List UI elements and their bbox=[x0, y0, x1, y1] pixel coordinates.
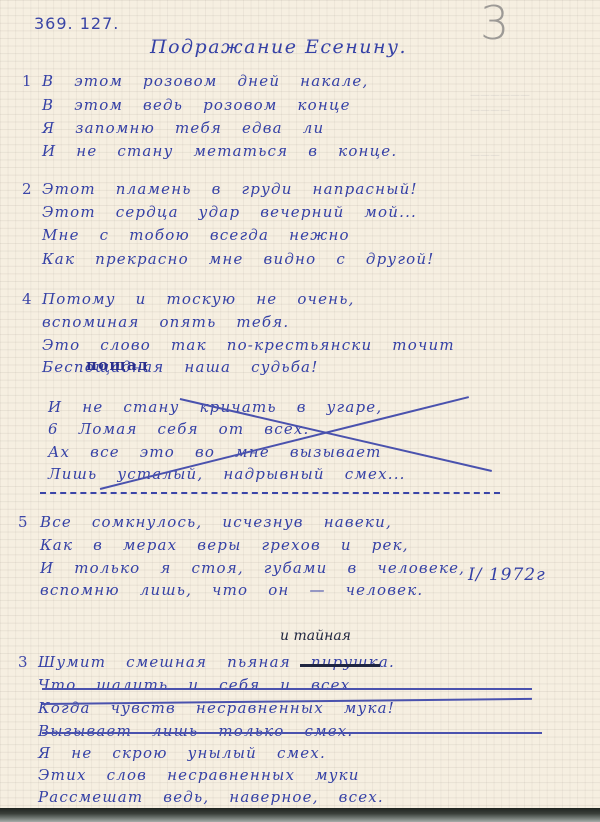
verse-line: Как прекрасно мне видно с другой! bbox=[42, 250, 434, 268]
verse-line-crossed: Вызывает лишь только смех. bbox=[38, 722, 353, 740]
stanza-number: 3 bbox=[18, 653, 29, 671]
verse-line: Этот пламень в груди напрасный! bbox=[42, 180, 418, 198]
verse-line: И только я стоя, губами в человеке, bbox=[40, 559, 465, 577]
margin-page-mark: 3 bbox=[480, 0, 509, 50]
verse-line: В этом ведь розовом конце bbox=[42, 96, 351, 114]
verse-line: Я запомню тебя едва ли bbox=[42, 119, 324, 137]
poem-title: Подражание Есенину. bbox=[150, 36, 407, 58]
verse-line: Мне с тобою всегда нежно bbox=[42, 226, 350, 244]
verse-line: Я не скрою унылый смех. bbox=[38, 744, 326, 762]
verse-line: Потому и тоскую не очень, bbox=[42, 290, 355, 308]
bleed-through-text: —————— bbox=[470, 90, 530, 101]
stanza-number: 4 bbox=[22, 290, 33, 308]
manuscript-page: —————— ———— ——— 369. 127. 3 Подражание Е… bbox=[0, 0, 600, 808]
verse-line: Это слово так по-крестьянски точит bbox=[42, 336, 455, 354]
date-annotation: I/ 1972г bbox=[468, 565, 546, 585]
stanza-divider bbox=[40, 492, 500, 494]
verse-line-crossed: Что шалить и себя и всех bbox=[38, 676, 350, 694]
stanza-number: 5 bbox=[18, 513, 29, 531]
verse-line: Беспощадная наша судьба! bbox=[42, 358, 318, 376]
page-bottom-edge bbox=[0, 808, 600, 822]
verse-line: Шумит смешная пьяная пирушка. bbox=[38, 653, 395, 671]
verse-line-crossed: 6 Ломая себя от всех. bbox=[48, 420, 310, 438]
verse-line: Этих слов несравненных муки bbox=[38, 766, 360, 784]
stanza-number: 2 bbox=[22, 180, 33, 198]
verse-line: В этом розовом дней накале, bbox=[42, 72, 368, 90]
verse-line: вспоминая опять тебя. bbox=[42, 313, 289, 331]
cross-out-stroke bbox=[300, 664, 380, 667]
stanza-number: 1 bbox=[22, 72, 33, 90]
inserted-correction: и тайная bbox=[280, 628, 351, 644]
verse-line-crossed: Лишь усталый, надрывный смех... bbox=[48, 465, 406, 483]
bleed-through-text: ———— bbox=[470, 105, 510, 116]
verse-line: Как в мерах веры грехов и рек, bbox=[40, 536, 409, 554]
cross-out-stroke bbox=[42, 732, 542, 734]
reference-number: 369. 127. bbox=[34, 14, 119, 33]
verse-line: И не стану метаться в конце. bbox=[42, 142, 397, 160]
bleed-through-text: ——— bbox=[470, 150, 500, 161]
verse-line: Этот сердца удар вечерний мой... bbox=[42, 203, 417, 221]
cross-out-stroke bbox=[42, 688, 532, 690]
verse-line: вспомню лишь, что он — человек. bbox=[40, 581, 423, 599]
verse-line: Рассмешат ведь, наверное, всех. bbox=[38, 788, 384, 806]
verse-line: Все сомкнулось, исчезнув навеки, bbox=[40, 513, 392, 531]
overwritten-word: пощад bbox=[86, 356, 149, 374]
